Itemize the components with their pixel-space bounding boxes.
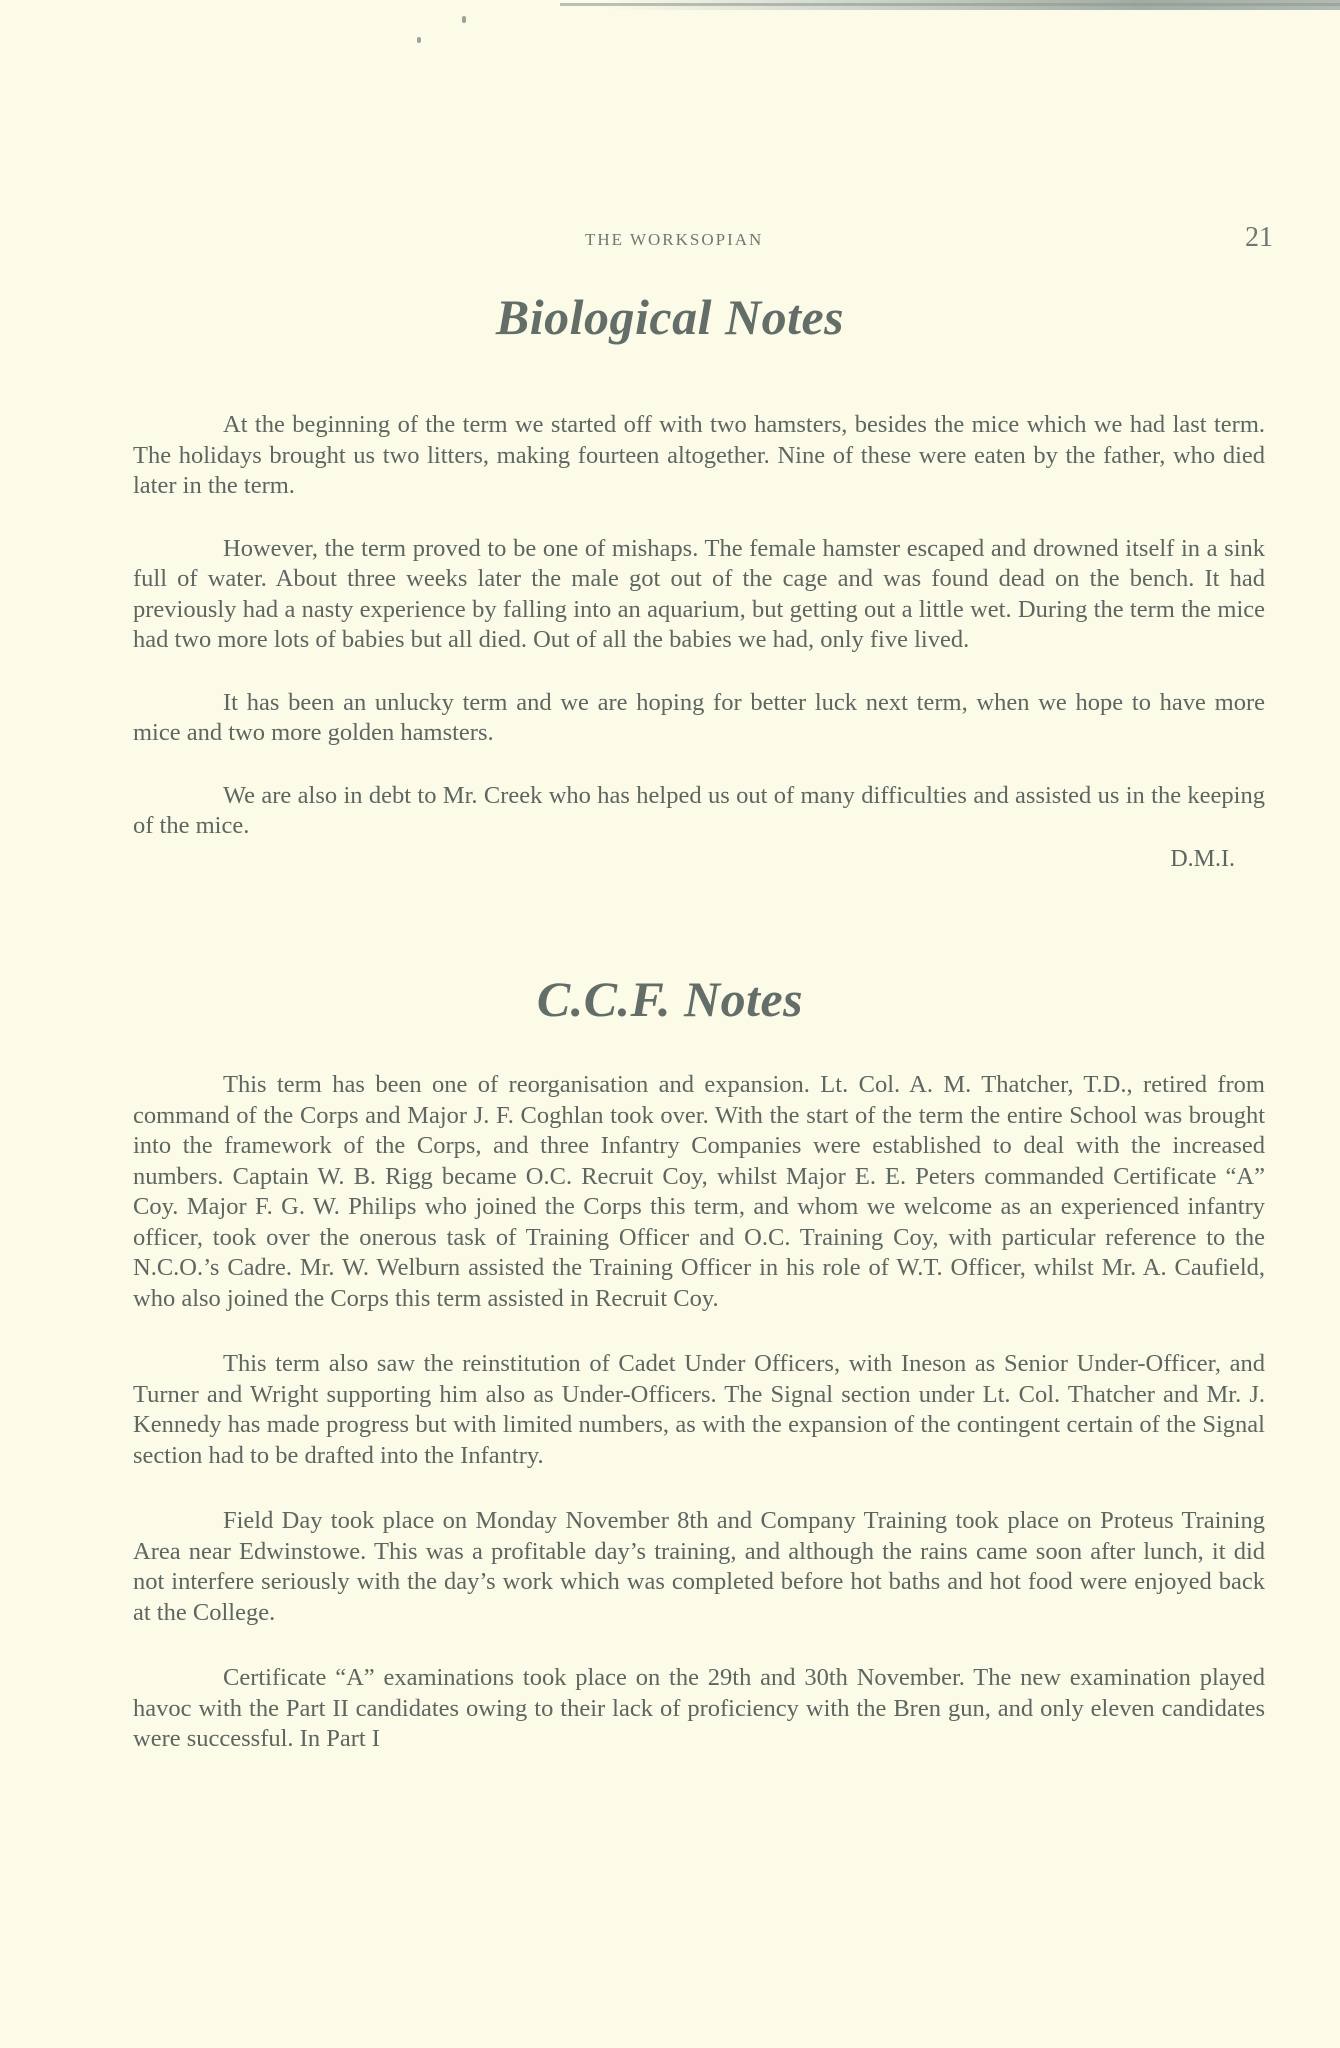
running-head: THE WORKSOPIAN 21: [0, 228, 1340, 254]
paragraph: This term also saw the reinstitution of …: [133, 1349, 1265, 1471]
journal-title: THE WORKSOPIAN: [585, 230, 763, 250]
paragraph: It has been an unlucky term and we are h…: [133, 688, 1265, 749]
paragraph: Certificate “A” examinations took place …: [133, 1663, 1265, 1755]
paragraph: We are also in debt to Mr. Creek who has…: [133, 781, 1265, 842]
heading-ccf-notes: C.C.F. Notes: [0, 970, 1340, 1028]
article-biological-notes: At the beginning of the term we started …: [133, 410, 1265, 873]
page-edge-shadow: [560, 3, 1340, 6]
author-signature: D.M.I.: [133, 846, 1235, 873]
article-ccf-notes: This term has been one of reorganisation…: [133, 1070, 1265, 1755]
paragraph: However, the term proved to be one of mi…: [133, 534, 1265, 656]
scan-speck: [417, 37, 421, 43]
heading-biological-notes: Biological Notes: [0, 288, 1340, 346]
scan-speck: [462, 16, 466, 23]
paragraph: At the beginning of the term we started …: [133, 410, 1265, 502]
page-number: 21: [1245, 222, 1273, 254]
paragraph: Field Day took place on Monday November …: [133, 1506, 1265, 1628]
paragraph: This term has been one of reorganisation…: [133, 1070, 1265, 1314]
